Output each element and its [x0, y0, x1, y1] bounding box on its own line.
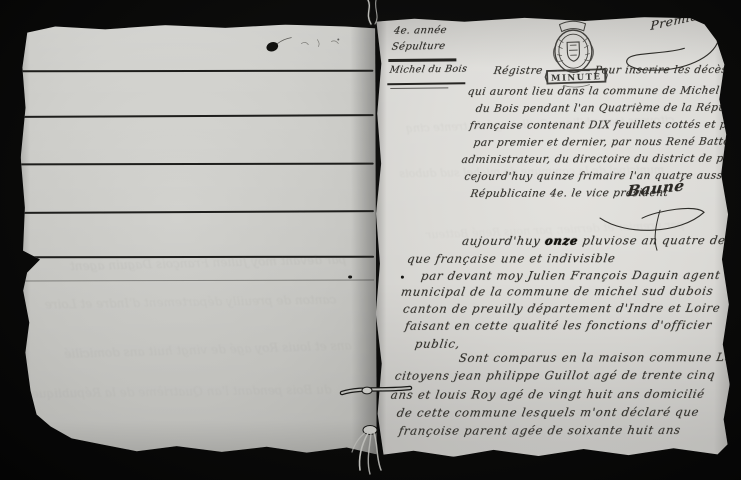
act-line: par devant moy Julien François Daguin ag… [420, 270, 721, 282]
register-line: qui auront lieu dans la commune de Miche… [467, 86, 720, 98]
speckle [337, 38, 339, 40]
binding-thread-bottom [348, 420, 400, 478]
bleed-through-text: canton de preuilly département d'Indre e… [45, 294, 337, 311]
ruled-line [20, 163, 374, 165]
margin-note-category: Sépulture [391, 42, 446, 53]
right-page: 4e. année Sépulture Michel du Bois MINUT… [374, 14, 737, 461]
left-page: par devant moy Julien François Daguin ag… [15, 21, 377, 455]
administrator-signature: Bauné [626, 178, 685, 199]
register-line: par premier et dernier, par nous René Ba… [473, 137, 741, 149]
act-line: françoise parent agée de soixante huit a… [398, 425, 682, 437]
act-date-post: pluviose an quatre de la républi- [577, 233, 741, 248]
stitch-hole [401, 276, 404, 279]
act-line: de cette commune lesquels m'ont déclaré … [396, 407, 700, 419]
ruled-line [20, 114, 374, 117]
margin-underline [388, 58, 456, 61]
act-line: faisant en cette qualité les fonctions d… [404, 320, 713, 332]
act-line: canton de preuilly département d'Indre e… [402, 303, 721, 315]
speckle [36, 425, 39, 428]
folio-note: Premier [650, 9, 704, 32]
margin-note-commune: Michel du Bois [389, 64, 468, 75]
act-line: citoyens jean philippe Guillot agé de tr… [394, 370, 716, 383]
bleed-through-text: du Bois pendant l'an Quatrième de la Rép… [32, 384, 332, 400]
scanned-register-spread: par devant moy Julien François Daguin ag… [0, 0, 741, 480]
margin-note-year: 4e. année [393, 26, 448, 37]
register-line: Régistre ———— Pour inscrire les décès [493, 65, 728, 77]
binding-stitch-middle [340, 378, 412, 406]
act-line: Sont comparus en la maison commune Les [458, 352, 740, 364]
margin-underline [390, 87, 448, 89]
act-line: ans et louis Roy agé de vingt huit ans d… [390, 389, 706, 401]
bleed-through-text: ans et louis Roy agé de vingt huit ans d… [64, 339, 352, 360]
act-line: que française une et indivisible [406, 253, 616, 265]
minute-stamp: MINUTE [543, 13, 611, 89]
stitch-hole [348, 275, 352, 278]
ruled-line [19, 70, 373, 72]
ruled-line [20, 210, 374, 214]
ruled-line-faint [20, 280, 374, 282]
act-line: municipal de la commune de michel sud du… [400, 286, 714, 298]
register-line: du Bois pendant l'an Quatrième de la Rép… [475, 102, 741, 114]
margin-underline [387, 82, 465, 85]
act-line: public, [414, 339, 461, 351]
binding-thread-top [360, 0, 386, 26]
